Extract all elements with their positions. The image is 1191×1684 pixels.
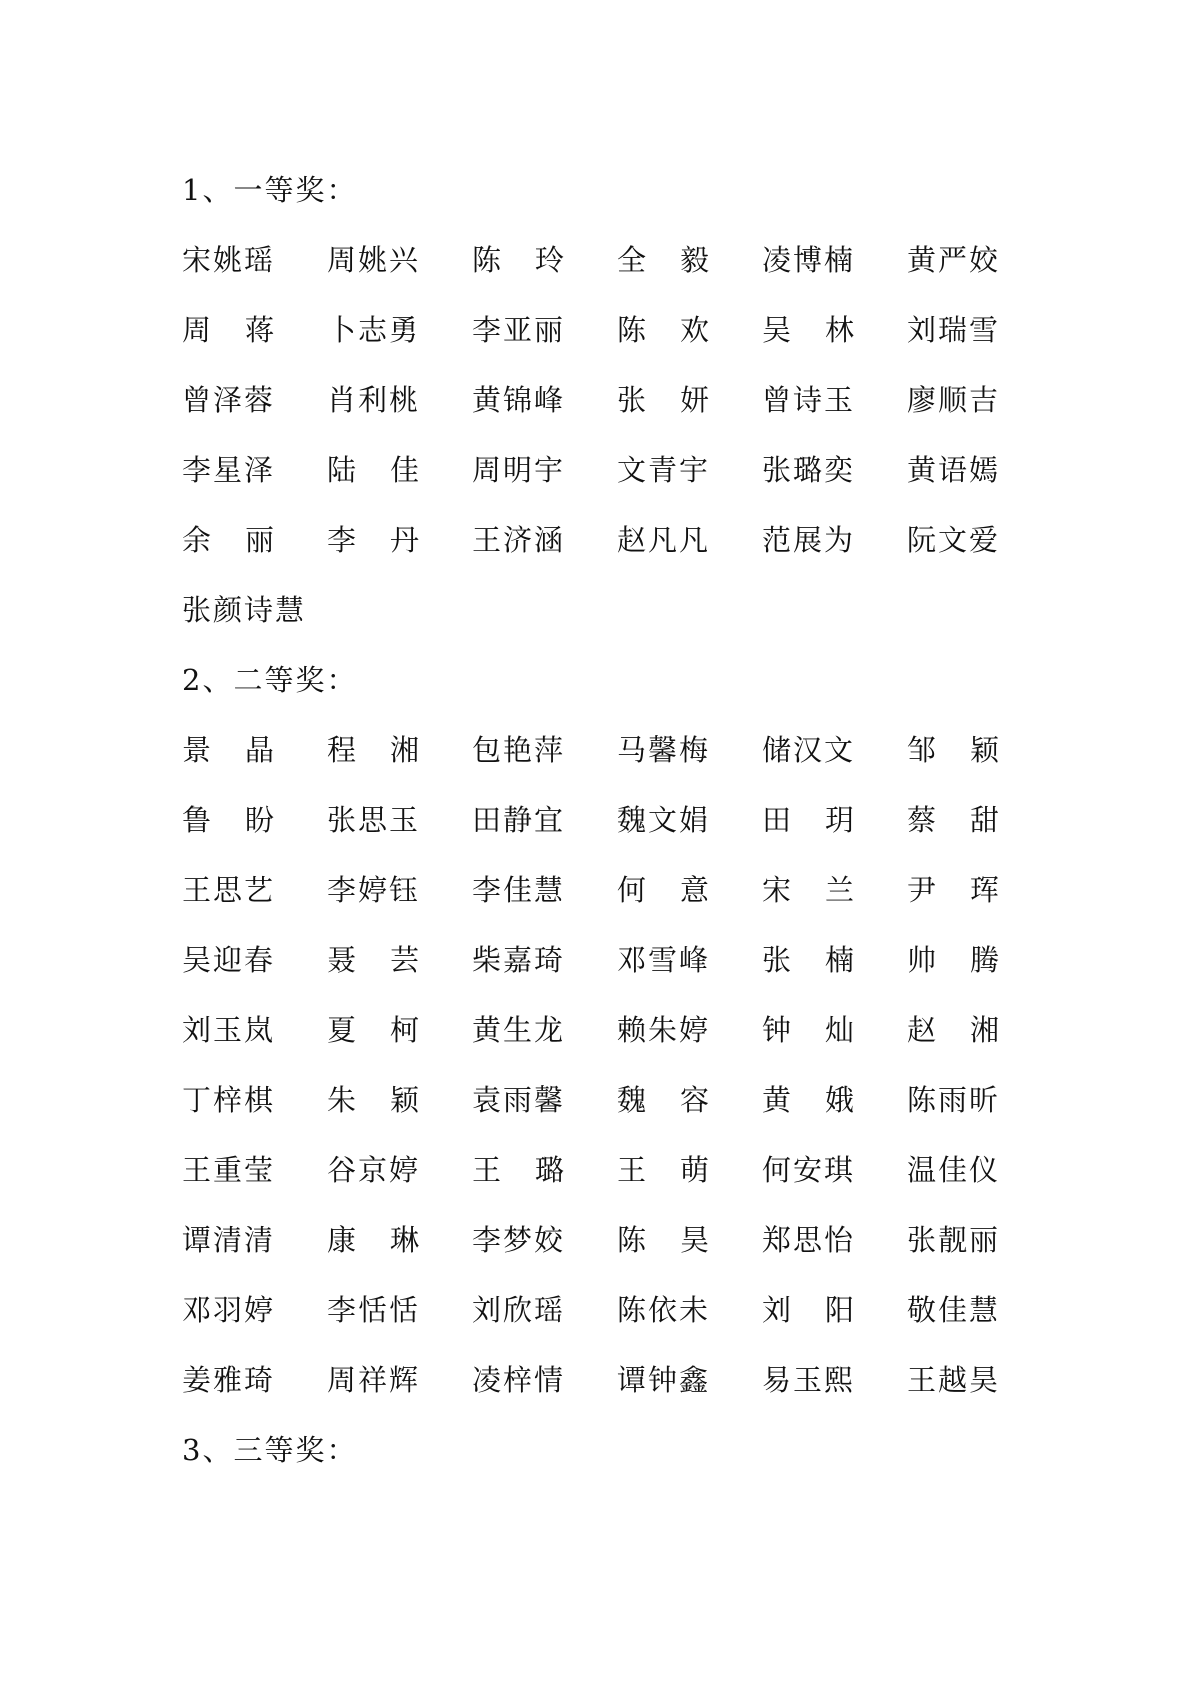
name-row: 宋姚瑶周姚兴陈玲全毅凌博楠黄严姣 [182,225,1012,295]
awardee-name: 赖朱婷 [617,995,762,1065]
awardee-name: 黄生龙 [472,995,617,1065]
awardee-name: 阮文爱 [907,505,1052,575]
awardee-name: 温佳仪 [907,1135,1052,1205]
awardee-name: 吴林 [762,295,907,365]
awardee-name: 李星泽 [182,435,327,505]
awardee-name: 陈玲 [472,225,617,295]
awardee-name: 黄娥 [762,1065,907,1135]
awardee-name: 陈昊 [617,1205,762,1275]
awardee-name: 陆佳 [327,435,472,505]
name-row: 张颜诗慧 [182,575,1012,645]
awardee-name: 刘欣瑶 [472,1275,617,1345]
awardee-name: 刘玉岚 [182,995,327,1065]
awardee-name: 康琳 [327,1205,472,1275]
awardee-name: 王重莹 [182,1135,327,1205]
name-row: 谭清清康琳李梦姣陈昊郑思怡张靓丽 [182,1205,1012,1275]
awardee-name: 张靓丽 [907,1205,1052,1275]
awardee-name: 魏容 [617,1065,762,1135]
awardee-name: 曾诗玉 [762,365,907,435]
awardee-name: 袁雨馨 [472,1065,617,1135]
section-heading: 1、一等奖： [182,155,1012,225]
awardee-name: 李婷钰 [327,855,472,925]
awardee-name: 周蒋 [182,295,327,365]
awardee-name: 姜雅琦 [182,1345,327,1415]
awardee-name: 黄语嫣 [907,435,1052,505]
awardee-name: 李亚丽 [472,295,617,365]
awardee-name: 周明宇 [472,435,617,505]
awardee-name: 赵湘 [907,995,1052,1065]
name-row: 丁梓棋朱颖袁雨馨魏容黄娥陈雨昕 [182,1065,1012,1135]
name-row: 王思艺李婷钰李佳慧何意宋兰尹珲 [182,855,1012,925]
awardee-name: 王思艺 [182,855,327,925]
awardee-name: 张思玉 [327,785,472,855]
awardee-name: 张颜诗慧 [182,575,327,645]
awardee-name: 郑思怡 [762,1205,907,1275]
awardee-name: 吴迎春 [182,925,327,995]
awardee-name: 黄严姣 [907,225,1052,295]
awardee-name: 敬佳慧 [907,1275,1052,1345]
awardee-name: 曾泽蓉 [182,365,327,435]
awardee-name: 余丽 [182,505,327,575]
name-row: 鲁盼张思玉田静宜魏文娟田玥蔡甜 [182,785,1012,855]
name-row: 周蒋卜志勇李亚丽陈欢吴林刘瑞雪 [182,295,1012,365]
section-heading: 2、二等奖： [182,645,1012,715]
awardee-name: 邓雪峰 [617,925,762,995]
awardee-name: 王璐 [472,1135,617,1205]
awardee-name: 鲁盼 [182,785,327,855]
awardee-name: 凌梓情 [472,1345,617,1415]
awardee-name: 景晶 [182,715,327,785]
awardee-name: 何意 [617,855,762,925]
name-row: 景晶程湘包艳萍马馨梅储汉文邹颖 [182,715,1012,785]
awardee-name: 蔡甜 [907,785,1052,855]
awardee-name: 肖利桃 [327,365,472,435]
awardee-name: 魏文娟 [617,785,762,855]
awardee-name: 易玉熙 [762,1345,907,1415]
awardee-name: 储汉文 [762,715,907,785]
awardee-name: 卜志勇 [327,295,472,365]
awardee-name: 马馨梅 [617,715,762,785]
awardee-name: 周祥辉 [327,1345,472,1415]
awardee-name: 田静宜 [472,785,617,855]
awardee-name: 李丹 [327,505,472,575]
awardee-name: 刘阳 [762,1275,907,1345]
awardee-name: 文青宇 [617,435,762,505]
awardee-name: 李佳慧 [472,855,617,925]
name-row: 余丽李丹王济涵赵凡凡范展为阮文爱 [182,505,1012,575]
awardee-name: 陈欢 [617,295,762,365]
name-row: 曾泽蓉肖利桃黄锦峰张妍曾诗玉廖顺吉 [182,365,1012,435]
awardee-name: 李梦姣 [472,1205,617,1275]
awardee-name: 王济涵 [472,505,617,575]
awardee-name: 何安琪 [762,1135,907,1205]
awardee-name: 廖顺吉 [907,365,1052,435]
award-list-document: 1、一等奖：宋姚瑶周姚兴陈玲全毅凌博楠黄严姣周蒋卜志勇李亚丽陈欢吴林刘瑞雪曾泽蓉… [182,155,1012,1485]
awardee-name: 丁梓棋 [182,1065,327,1135]
awardee-name: 赵凡凡 [617,505,762,575]
awardee-name: 凌博楠 [762,225,907,295]
awardee-name: 聂芸 [327,925,472,995]
awardee-name: 谭清清 [182,1205,327,1275]
awardee-name: 范展为 [762,505,907,575]
awardee-name: 张楠 [762,925,907,995]
awardee-name: 包艳萍 [472,715,617,785]
awardee-name: 王越昊 [907,1345,1052,1415]
name-row: 刘玉岚夏柯黄生龙赖朱婷钟灿赵湘 [182,995,1012,1065]
awardee-name: 宋姚瑶 [182,225,327,295]
awardee-name: 全毅 [617,225,762,295]
awardee-name: 谭钟鑫 [617,1345,762,1415]
awardee-name: 尹珲 [907,855,1052,925]
awardee-name: 田玥 [762,785,907,855]
name-row: 邓羽婷李恬恬刘欣瑶陈依未刘阳敬佳慧 [182,1275,1012,1345]
name-row: 姜雅琦周祥辉凌梓情谭钟鑫易玉熙王越昊 [182,1345,1012,1415]
awardee-name: 柴嘉琦 [472,925,617,995]
name-row: 李星泽陆佳周明宇文青宇张璐奕黄语嫣 [182,435,1012,505]
name-row: 吴迎春聂芸柴嘉琦邓雪峰张楠帅腾 [182,925,1012,995]
awardee-name: 陈雨昕 [907,1065,1052,1135]
awardee-name: 李恬恬 [327,1275,472,1345]
awardee-name: 程湘 [327,715,472,785]
awardee-name: 陈依未 [617,1275,762,1345]
awardee-name: 黄锦峰 [472,365,617,435]
awardee-name: 朱颖 [327,1065,472,1135]
awardee-name: 王萌 [617,1135,762,1205]
awardee-name: 刘瑞雪 [907,295,1052,365]
awardee-name: 邓羽婷 [182,1275,327,1345]
awardee-name: 谷京婷 [327,1135,472,1205]
awardee-name: 夏柯 [327,995,472,1065]
awardee-name: 张妍 [617,365,762,435]
awardee-name: 张璐奕 [762,435,907,505]
awardee-name: 钟灿 [762,995,907,1065]
section-heading: 3、三等奖： [182,1415,1012,1485]
awardee-name: 周姚兴 [327,225,472,295]
name-row: 王重莹谷京婷王璐王萌何安琪温佳仪 [182,1135,1012,1205]
awardee-name: 宋兰 [762,855,907,925]
awardee-name: 帅腾 [907,925,1052,995]
awardee-name: 邹颖 [907,715,1052,785]
